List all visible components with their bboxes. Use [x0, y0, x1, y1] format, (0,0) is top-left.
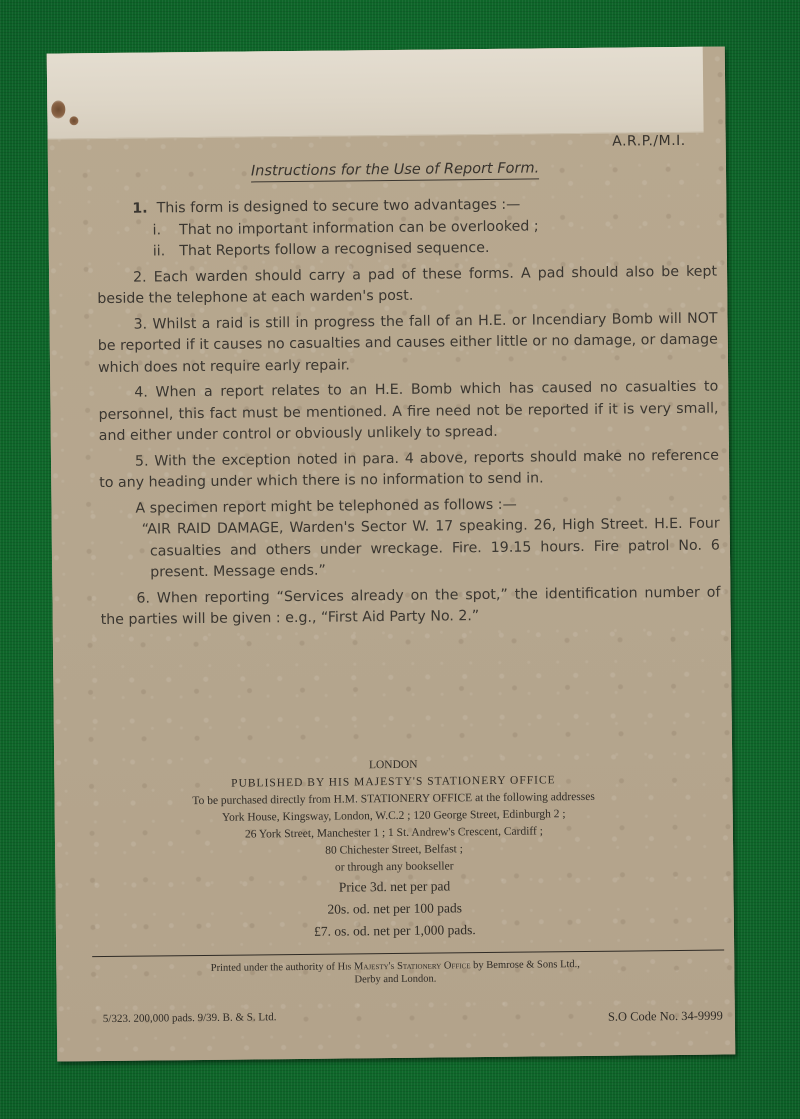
paragraph-4: 4. When a report relates to an H.E. Bomb…: [98, 377, 719, 448]
paragraph-6: 6. When reporting “Services already on t…: [100, 582, 720, 631]
print-run-code: 5/323. 200,000 pads. 9/39. B. & S. Ltd.: [103, 1011, 277, 1025]
paragraph-1-text: This form is designed to secure two adva…: [157, 197, 521, 217]
instructions-body: 1. This form is designed to secure two a…: [96, 193, 721, 636]
paragraph-3: 3. Whilst a raid is still in progress th…: [97, 308, 718, 379]
form-code: A.R.P./M.I.: [612, 133, 686, 150]
paragraph-1-number: 1.: [132, 201, 147, 217]
stain-mark: [69, 116, 78, 125]
printer-office: His Majesty's Stationery Office: [338, 960, 471, 972]
printed-by-notice: Printed under the authority of His Majes…: [56, 956, 734, 989]
page-title: Instructions for the Use of Report Form.: [251, 160, 539, 182]
publisher-imprint: LONDON PUBLISHED BY HIS MAJESTY'S STATIO…: [54, 753, 734, 945]
paragraph-5: 5. With the exception noted in para. 4 a…: [99, 445, 719, 494]
specimen-report: “AIR RAID DAMAGE, Warden's Sector W. 17 …: [100, 514, 721, 585]
stain-mark: [51, 100, 65, 118]
divider-rule: [92, 950, 724, 958]
so-code: S.O Code No. 34-9999: [608, 1009, 723, 1025]
report-form-card: A.R.P./M.I. Instructions for the Use of …: [47, 46, 736, 1061]
paragraph-2: 2. Each warden should carry a pad of the…: [97, 261, 717, 310]
tape-strip: [47, 47, 704, 140]
